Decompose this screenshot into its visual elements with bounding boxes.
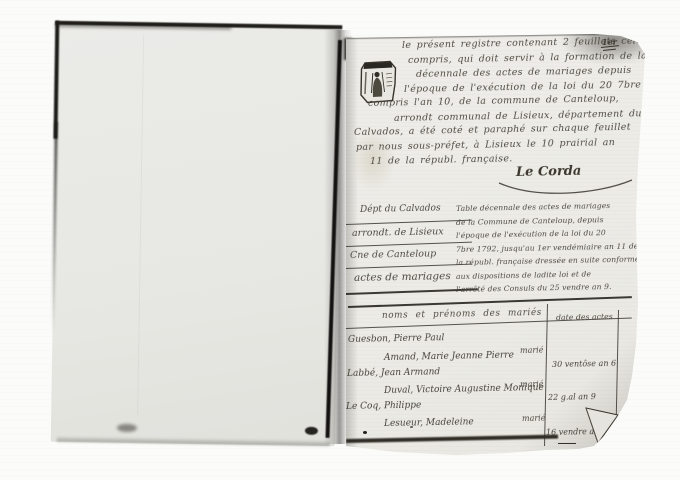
- scanned-register-spread: 1er le présent registre contenant 2 feui…: [0, 0, 680, 480]
- page-edge-bottom: [57, 436, 330, 446]
- page-crease: [137, 35, 144, 415]
- folded-corner-icon: [346, 34, 646, 460]
- ink-smudge: [305, 427, 318, 435]
- left-page: [51, 22, 342, 446]
- page-edge-left-fade: [51, 122, 57, 332]
- right-page: 1er le présent registre contenant 2 feui…: [346, 34, 646, 460]
- ink-smudge: [117, 424, 137, 432]
